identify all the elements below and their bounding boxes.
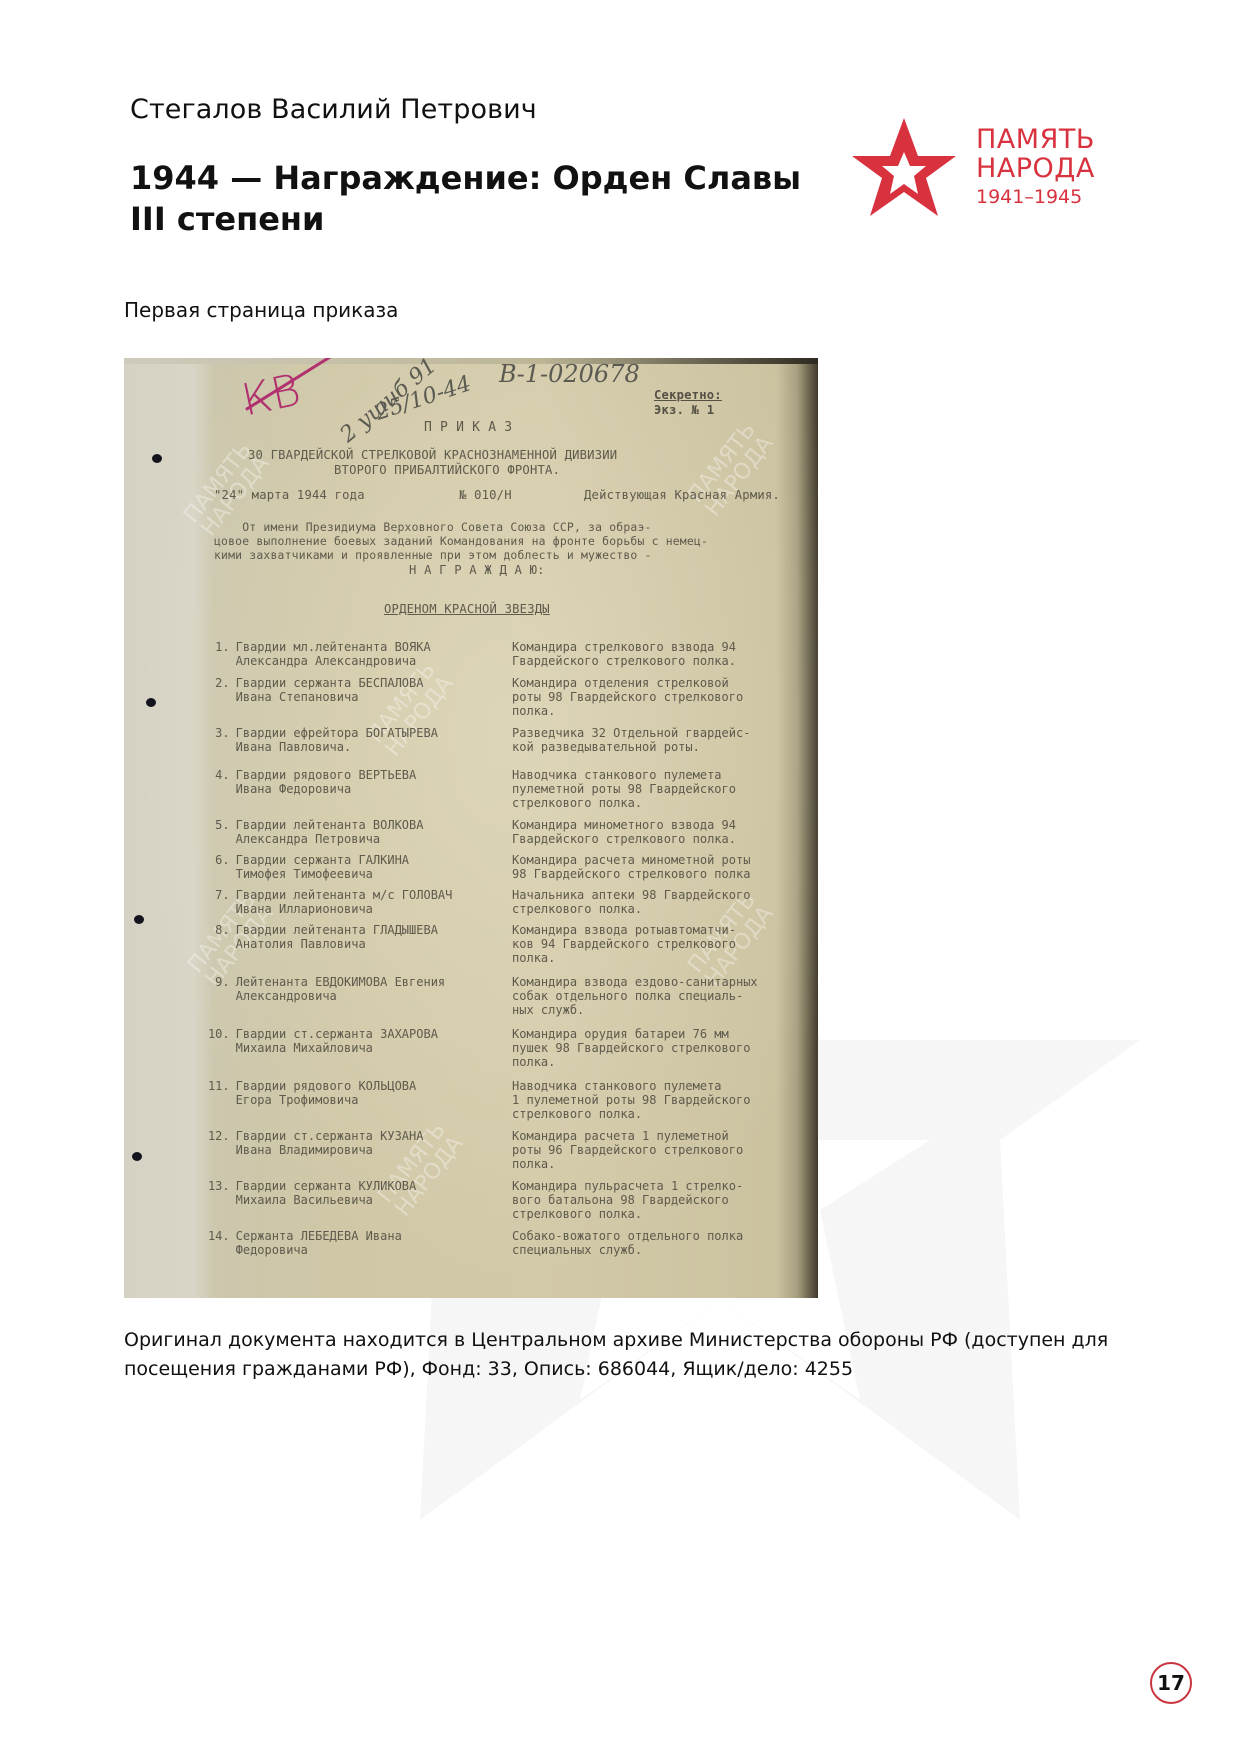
entry-role: Командира пульрасчета 1 стрелко- вого ба… xyxy=(512,1179,808,1229)
award-word: Н А Г Р А Ж Д А Ю: xyxy=(409,563,545,578)
entry-number: 14. xyxy=(202,1229,230,1269)
logo-line-2: НАРОДА xyxy=(976,154,1095,183)
order-date: "24" марта 1944 года xyxy=(214,488,365,503)
army-line: Действующая Красная Армия. xyxy=(584,488,780,503)
entry-role: Командира отделения стрелковой роты 98 Г… xyxy=(512,676,808,726)
page-number-badge: 17 xyxy=(1150,1662,1192,1704)
scan-top-edge xyxy=(124,358,818,364)
entry-number: 4. xyxy=(202,768,230,818)
entry-number: 7. xyxy=(202,888,230,923)
scan-watermark: ПАМЯТЬ НАРОДА xyxy=(685,419,778,520)
award-entry: 1. Гвардии мл.лейтенанта ВОЯКА Александр… xyxy=(202,640,808,676)
entry-person: Гвардии рядового ВЕРТЬЕВА Ивана Федорови… xyxy=(236,768,502,818)
entry-role: Начальника аптеки 98 Гвардейского стрелк… xyxy=(512,888,808,923)
entry-role: Командира взвода ротыавтоматчи- ков 94 Г… xyxy=(512,923,808,975)
division-line-1: 30 ГВАРДЕЙСКОЙ СТРЕЛКОВОЙ КРАСНОЗНАМЕННО… xyxy=(248,448,617,463)
entry-number: 5. xyxy=(202,818,230,853)
binder-hole xyxy=(152,454,162,463)
entry-number: 8. xyxy=(202,923,230,975)
red-star-icon xyxy=(852,118,956,218)
award-entry: 13. Гвардии сержанта КУЛИКОВА Михаила Ва… xyxy=(202,1179,808,1229)
entry-person: Гвардии сержанта ГАЛКИНА Тимофея Тимофее… xyxy=(236,853,502,888)
division-line-2: ВТОРОГО ПРИБАЛТИЙСКОГО ФРОНТА. xyxy=(334,463,560,478)
secret-label: Секретно: xyxy=(654,388,722,403)
entry-number: 12. xyxy=(202,1129,230,1179)
entry-person: Гвардии мл.лейтенанта ВОЯКА Александра А… xyxy=(236,640,502,676)
entry-person: Лейтенанта ЕВДОКИМОВА Евгения Александро… xyxy=(236,975,502,1027)
entry-role: Командира минометного взвода 94 Гвардейс… xyxy=(512,818,808,853)
entry-person: Гвардии сержанта КУЛИКОВА Михаила Василь… xyxy=(236,1179,502,1229)
order-number: № 010/Н xyxy=(459,488,512,503)
entry-person: Гвардии лейтенанта ВОЛКОВА Александра Пе… xyxy=(236,818,502,853)
entry-role: Командира орудия батареи 76 мм пушек 98 … xyxy=(512,1027,808,1079)
award-entry: 3. Гвардии ефрейтора БОГАТЫРЕВА Ивана Па… xyxy=(202,726,808,768)
binder-hole xyxy=(134,915,144,924)
award-list: 1. Гвардии мл.лейтенанта ВОЯКА Александр… xyxy=(202,640,808,1269)
pamyat-naroda-logo[interactable]: ПАМЯТЬ НАРОДА 1941–1945 xyxy=(852,118,1152,218)
award-entry: 5. Гвардии лейтенанта ВОЛКОВА Александра… xyxy=(202,818,808,853)
order-document-scan[interactable]: ПАМЯТЬ НАРОДА ПАМЯТЬ НАРОДА ПАМЯТЬ НАРОД… xyxy=(124,358,818,1298)
logo-line-1: ПАМЯТЬ xyxy=(976,125,1095,154)
binder-hole xyxy=(132,1152,142,1161)
award-entry: 7. Гвардии лейтенанта м/с ГОЛОВАЧ Ивана … xyxy=(202,888,808,923)
entry-person: Гвардии лейтенанта ГЛАДЫШЕВА Анатолия Па… xyxy=(236,923,502,975)
entry-number: 13. xyxy=(202,1179,230,1229)
person-name: Стегалов Василий Петрович xyxy=(130,94,537,125)
award-title: 1944 — Награждение: Орден Славы III степ… xyxy=(130,158,810,240)
order-preamble: От имени Президиума Верховного Совета Со… xyxy=(214,520,708,562)
logo-years: 1941–1945 xyxy=(976,183,1095,211)
handwritten-code: В-1-020678 xyxy=(499,360,640,388)
page-number: 17 xyxy=(1157,1671,1185,1695)
entry-number: 11. xyxy=(202,1079,230,1129)
entry-person: Гвардии лейтенанта м/с ГОЛОВАЧ Ивана Илл… xyxy=(236,888,502,923)
award-entry: 9. Лейтенанта ЕВДОКИМОВА Евгения Алексан… xyxy=(202,975,808,1027)
award-entry: 11. Гвардии рядового КОЛЬЦОВА Егора Троф… xyxy=(202,1079,808,1129)
entry-role: Командира расчета минометной роты 98 Гва… xyxy=(512,853,808,888)
entry-role: Собако-вожатого отдельного полка специал… xyxy=(512,1229,808,1269)
entry-number: 2. xyxy=(202,676,230,726)
entry-person: Гвардии ст.сержанта КУЗАНА Ивана Владими… xyxy=(236,1129,502,1179)
award-entry: 2. Гвардии сержанта БЕСПАЛОВА Ивана Степ… xyxy=(202,676,808,726)
award-entry: 14. Сержанта ЛЕБЕДЕВА Ивана Федоровича С… xyxy=(202,1229,808,1269)
entry-number: 9. xyxy=(202,975,230,1027)
logo-wordmark: ПАМЯТЬ НАРОДА 1941–1945 xyxy=(976,125,1095,211)
copy-label: Экз. № 1 xyxy=(654,403,714,418)
entry-number: 3. xyxy=(202,726,230,768)
entry-person: Сержанта ЛЕБЕДЕВА Ивана Федоровича xyxy=(236,1229,502,1269)
award-entry: 6. Гвардии сержанта ГАЛКИНА Тимофея Тимо… xyxy=(202,853,808,888)
entry-number: 10. xyxy=(202,1027,230,1079)
entry-person: Гвардии ефрейтора БОГАТЫРЕВА Ивана Павло… xyxy=(236,726,502,768)
entry-person: Гвардии сержанта БЕСПАЛОВА Ивана Степано… xyxy=(236,676,502,726)
entry-person: Гвардии ст.сержанта ЗАХАРОВА Михаила Мих… xyxy=(236,1027,502,1079)
entry-role: Командира стрелкового взвода 94 Гвардейс… xyxy=(512,640,808,676)
award-entry: 12. Гвардии ст.сержанта КУЗАНА Ивана Вла… xyxy=(202,1129,808,1179)
entry-role: Наводчика станкового пулемета 1 пулеметн… xyxy=(512,1079,808,1129)
entry-number: 1. xyxy=(202,640,230,676)
archive-note: Оригинал документа находится в Центральн… xyxy=(124,1326,1124,1384)
entry-role: Командира взвода ездово-санитарных собак… xyxy=(512,975,808,1027)
entry-role: Разведчика 32 Отдельной гвардейс- кой ра… xyxy=(512,726,808,768)
section-caption: Первая страница приказа xyxy=(124,298,398,322)
entry-role: Командира расчета 1 пулеметной роты 96 Г… xyxy=(512,1129,808,1179)
order-word: П Р И К А З xyxy=(424,420,512,435)
award-entry: 4. Гвардии рядового ВЕРТЬЕВА Ивана Федор… xyxy=(202,768,808,818)
award-entry: 10. Гвардии ст.сержанта ЗАХАРОВА Михаила… xyxy=(202,1027,808,1079)
order-name: ОРДЕНОМ КРАСНОЙ ЗВЕЗДЫ xyxy=(384,602,550,617)
entry-role: Наводчика станкового пулемета пулеметной… xyxy=(512,768,808,818)
binder-hole xyxy=(146,698,156,707)
entry-person: Гвардии рядового КОЛЬЦОВА Егора Трофимов… xyxy=(236,1079,502,1129)
entry-number: 6. xyxy=(202,853,230,888)
award-entry: 8. Гвардии лейтенанта ГЛАДЫШЕВА Анатолия… xyxy=(202,923,808,975)
